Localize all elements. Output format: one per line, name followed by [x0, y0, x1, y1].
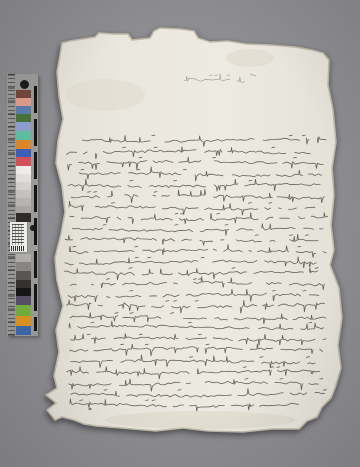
registration-dashes	[34, 86, 37, 331]
color-patch-green	[16, 305, 31, 316]
handwriting-line	[83, 135, 327, 146]
handwriting-line	[65, 234, 318, 245]
handwriting-line	[70, 276, 324, 290]
color-patch-blue	[16, 149, 31, 157]
color-patch-gray-low-4	[16, 288, 31, 296]
handwriting-text-block	[64, 135, 327, 411]
color-patch-blue	[16, 326, 31, 335]
color-patch-gray-3	[16, 190, 31, 198]
color-patch-gray-5	[16, 206, 31, 213]
color-patch-gray-low-3	[16, 280, 31, 288]
ink-stain	[88, 408, 91, 410]
handwriting-line	[70, 399, 299, 411]
handwriting-line	[70, 212, 328, 223]
handwriting-line	[72, 224, 323, 236]
color-patch-brown	[16, 90, 31, 98]
color-calibration-ruler	[7, 74, 38, 336]
docket-inscription	[184, 74, 256, 83]
handwriting-line	[70, 312, 326, 324]
color-patch-dark-bar	[16, 213, 31, 222]
color-patch-orange	[16, 316, 31, 326]
color-patch-periwinkle	[16, 122, 31, 131]
handwriting-line	[65, 257, 317, 268]
ink-stain	[105, 411, 295, 429]
micro-barcode	[11, 246, 25, 251]
handwriting-line	[79, 167, 321, 182]
resolution-target-label	[10, 222, 27, 252]
registration-dot-icon	[20, 80, 29, 89]
color-patch-red	[16, 157, 31, 166]
color-patch-gray-2	[16, 182, 31, 190]
ink-stain	[317, 422, 325, 427]
ink-stain	[55, 220, 77, 360]
color-patch-gray-low-0	[16, 254, 31, 262]
handwriting-line	[69, 201, 315, 215]
ink-stain	[65, 79, 145, 111]
color-patch-orange	[16, 140, 31, 149]
color-patch-steel-blue	[16, 106, 31, 114]
handwriting-line	[68, 289, 319, 302]
handwriting-line	[64, 268, 318, 280]
handwriting-line	[66, 300, 324, 314]
color-patch-dark-green	[16, 114, 31, 122]
micro-text-grid	[12, 224, 24, 245]
docket-line	[184, 74, 256, 83]
photo-canvas	[0, 0, 360, 467]
color-patch-salmon	[16, 98, 31, 106]
handwriting-line	[71, 388, 327, 397]
handwriting-line	[71, 334, 326, 346]
handwriting-line	[69, 244, 326, 257]
ink-stain	[311, 372, 314, 374]
ink-stain	[336, 146, 339, 148]
color-patch-gray-low-1	[16, 262, 31, 271]
ink-stain	[226, 49, 274, 67]
color-patch-gray-1	[16, 174, 31, 182]
handwriting-line	[69, 321, 324, 330]
handwriting-layer	[0, 0, 360, 467]
color-patch-gray-4	[16, 198, 31, 206]
handwriting-line	[68, 157, 324, 170]
handwriting-line	[70, 344, 323, 356]
color-patch-gray-low-2	[16, 271, 31, 280]
color-patch-seafoam	[16, 131, 31, 140]
handwriting-line	[67, 366, 320, 379]
ruler-tick-marks	[8, 74, 15, 336]
registration-dot-icon	[30, 225, 36, 231]
color-patch-gray-0	[16, 166, 31, 174]
handwriting-line	[68, 179, 320, 192]
color-patch-purple	[16, 296, 31, 305]
handwriting-line	[71, 189, 324, 203]
color-patch-column	[16, 90, 31, 335]
handwriting-line	[71, 355, 315, 368]
